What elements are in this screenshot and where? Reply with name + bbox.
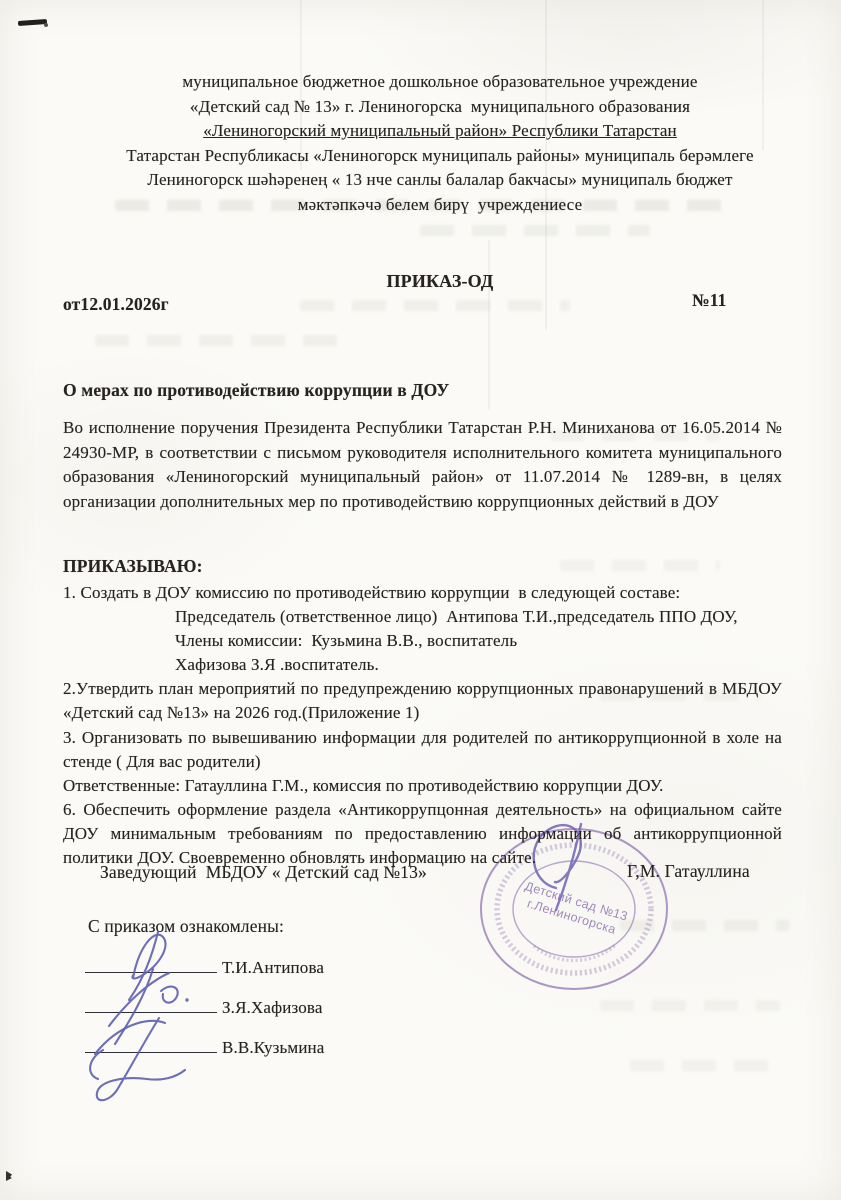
bleedthrough-smudge xyxy=(420,225,650,236)
bleedthrough-smudge xyxy=(630,1060,770,1071)
scan-pen-dash-artifact xyxy=(18,19,47,26)
letterhead-line: муниципальное бюджетное дошкольное образ… xyxy=(88,70,792,95)
letterhead-line: «Лениногорский муниципальный район» Респ… xyxy=(88,119,792,144)
order-item: 6. Обеспечить оформление раздела «Антико… xyxy=(63,798,782,870)
bleedthrough-smudge xyxy=(95,335,345,346)
bleedthrough-smudge xyxy=(300,300,570,311)
head-signature-title: Заведующий МБДОУ « Детский сад №13» xyxy=(100,862,427,883)
order-item: 1. Создать в ДОУ комиссию по противодейс… xyxy=(63,581,782,605)
acknowledged-name: З.Я.Хафизова xyxy=(222,998,323,1017)
acknowledgement-row: В.В.Кузьмина xyxy=(85,1032,325,1058)
decree-heading: ПРИКАЗЫВАЮ: xyxy=(63,556,203,577)
order-item: 2.Утвердить план мероприятий по предупре… xyxy=(63,677,782,725)
order-item-subline: Председатель (ответственное лицо) Антипо… xyxy=(63,605,782,629)
order-items: 1. Создать в ДОУ комиссию по противодейс… xyxy=(63,581,782,870)
order-number: №11 xyxy=(692,290,727,311)
order-date: от12.01.2026г xyxy=(63,294,169,315)
handwritten-signature xyxy=(79,1008,229,1103)
scan-dot-artifact xyxy=(44,23,48,27)
order-item-subline: Хафизова З.Я .воспитатель. xyxy=(63,653,782,677)
bleedthrough-smudge xyxy=(560,560,720,571)
bleedthrough-smudge xyxy=(600,1000,780,1011)
scan-corner-artifact xyxy=(6,1171,12,1181)
order-title: ПРИКАЗ-ОД xyxy=(88,271,792,292)
scan-streak xyxy=(488,240,490,410)
letterhead: муниципальное бюджетное дошкольное образ… xyxy=(88,70,792,217)
acknowledged-name: В.В.Кузьмина xyxy=(222,1038,325,1057)
letterhead-line: Татарстан Республикасы «Лениногорск муни… xyxy=(88,144,792,169)
head-signature-name: Г,М. Гатауллина xyxy=(627,861,750,882)
order-item: Ответственные: Гатауллина Г.М., комиссия… xyxy=(63,774,782,798)
acknowledged-name: Т.И.Антипова xyxy=(222,958,324,977)
order-preamble: Во исполнение поручения Президента Респу… xyxy=(63,416,782,514)
order-subject: О мерах по противодействию коррупции в Д… xyxy=(63,380,449,401)
scanned-order-page: муниципальное бюджетное дошкольное образ… xyxy=(0,0,841,1200)
order-item-subline: Члены комиссии: Кузьмина В.В., воспитате… xyxy=(63,629,782,653)
letterhead-line: Лениногорск шәһәренең « 13 нче санлы бал… xyxy=(88,168,792,193)
letterhead-line: «Детский сад № 13» г. Лениногорска муниц… xyxy=(88,95,792,120)
order-item: 3. Организовать по вывешиванию информаци… xyxy=(63,726,782,774)
letterhead-line: мәктәпкәчә белем бирү учреждениесе xyxy=(88,193,792,218)
